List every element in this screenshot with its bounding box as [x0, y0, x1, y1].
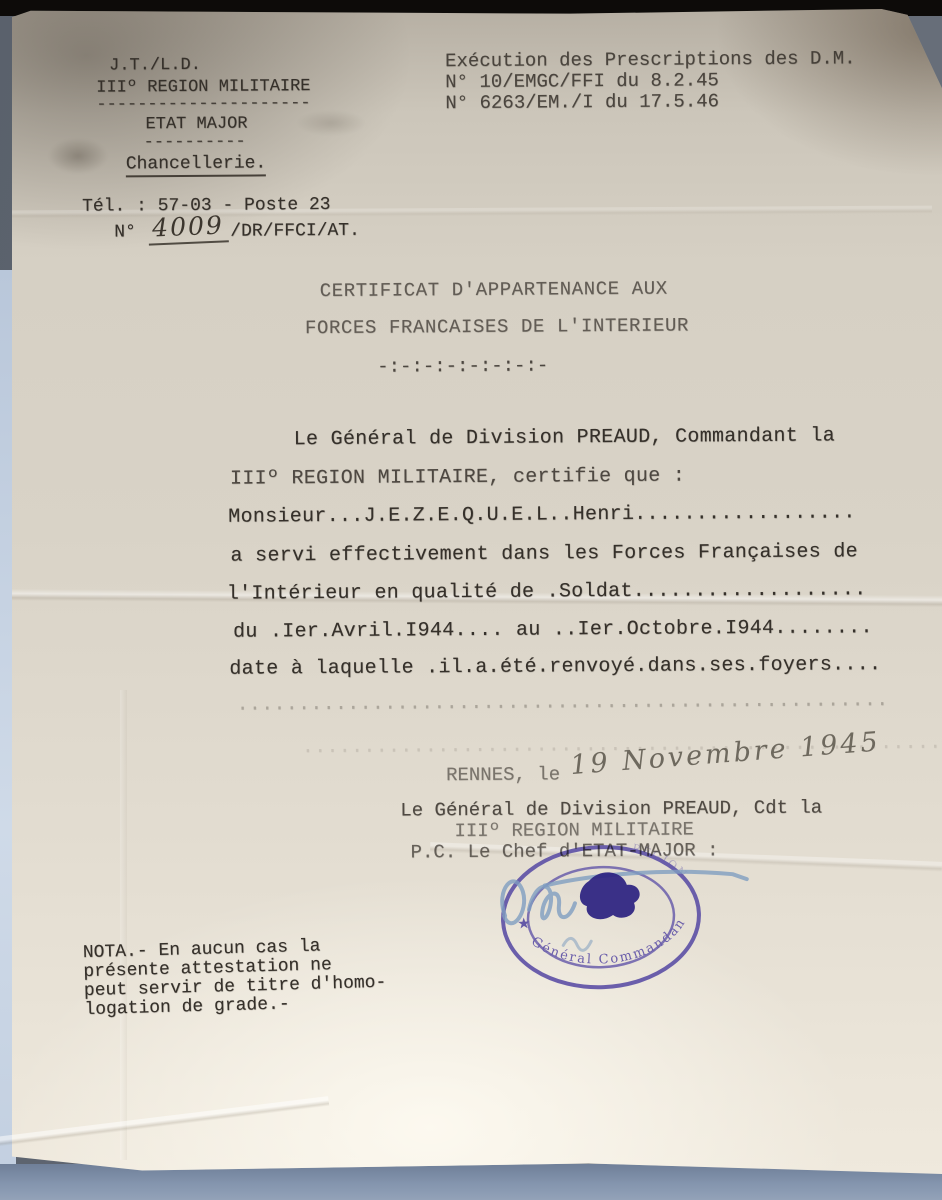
body-line-rank: l'Intérieur en qualité de .Soldat.......… — [227, 580, 867, 604]
faded-dotted-line: ........................................… — [236, 691, 888, 716]
dashed-divider: ---------- — [144, 134, 246, 152]
body-line-discharge: date à laquelle .il.a.été.renvoyé.dans.s… — [229, 655, 881, 680]
signature-stroke — [563, 938, 591, 950]
place-and-date-label: RENNES, le — [446, 765, 560, 785]
body-line-general: Le Général de Division PREAUD, Commandan… — [294, 426, 835, 450]
document-number-suffix: /DR/FFCI/AT. — [230, 222, 360, 241]
handwritten-signature — [489, 848, 780, 985]
body-line-dates: du .Ier.Avril.I944.... au ..Ier.Octobre.… — [233, 618, 873, 642]
document-number-handwritten: 4009 — [148, 210, 229, 245]
title-ornament: -:-:-:-:-:-:-:- — [377, 356, 548, 376]
signatory-line2: IIIº REGION MILITAIRE — [454, 820, 694, 841]
etat-major-label: ETAT MAJOR — [145, 116, 247, 134]
nota-line4: logation de grade.- — [84, 995, 290, 1019]
signatory-line1: Le Général de Division PREAUD, Cdt la — [400, 799, 822, 821]
certificate-title-line2: FORCES FRANCAISES DE L'INTERIEUR — [305, 316, 689, 338]
reference-initials: J.T./L.D. — [109, 57, 201, 75]
signature-stroke — [529, 886, 575, 918]
certificate-title-line1: CERTIFICAT D'APPARTENANCE AUX — [320, 280, 668, 301]
photographed-document: J.T./L.D. IIIº REGION MILITAIRE --------… — [0, 0, 942, 1200]
body-line-name: Monsieur...J.E.Z.E.Q.U.E.L..Henri.......… — [228, 503, 856, 527]
body-line-service: a servi effectivement dans les Forces Fr… — [230, 542, 858, 566]
decision-reference-2: N° 6263/EM./I du 17.5.46 — [445, 92, 719, 113]
signature-stroke — [545, 871, 747, 885]
body-line-region-certifies: IIIº REGION MILITAIRE, certifie que : — [230, 467, 685, 490]
signature-stroke — [502, 881, 524, 923]
document-number-prefix: N° — [114, 223, 136, 241]
execution-reference-line: Exécution des Prescriptions des D.M. — [445, 49, 856, 71]
dashed-divider: --------------------- — [96, 95, 310, 113]
service-name: Chancellerie. — [126, 154, 267, 177]
decision-reference-1: N° 10/EMGC/FFI du 8.2.45 — [445, 71, 719, 92]
document-content: J.T./L.D. IIIº REGION MILITAIRE --------… — [0, 0, 942, 1200]
